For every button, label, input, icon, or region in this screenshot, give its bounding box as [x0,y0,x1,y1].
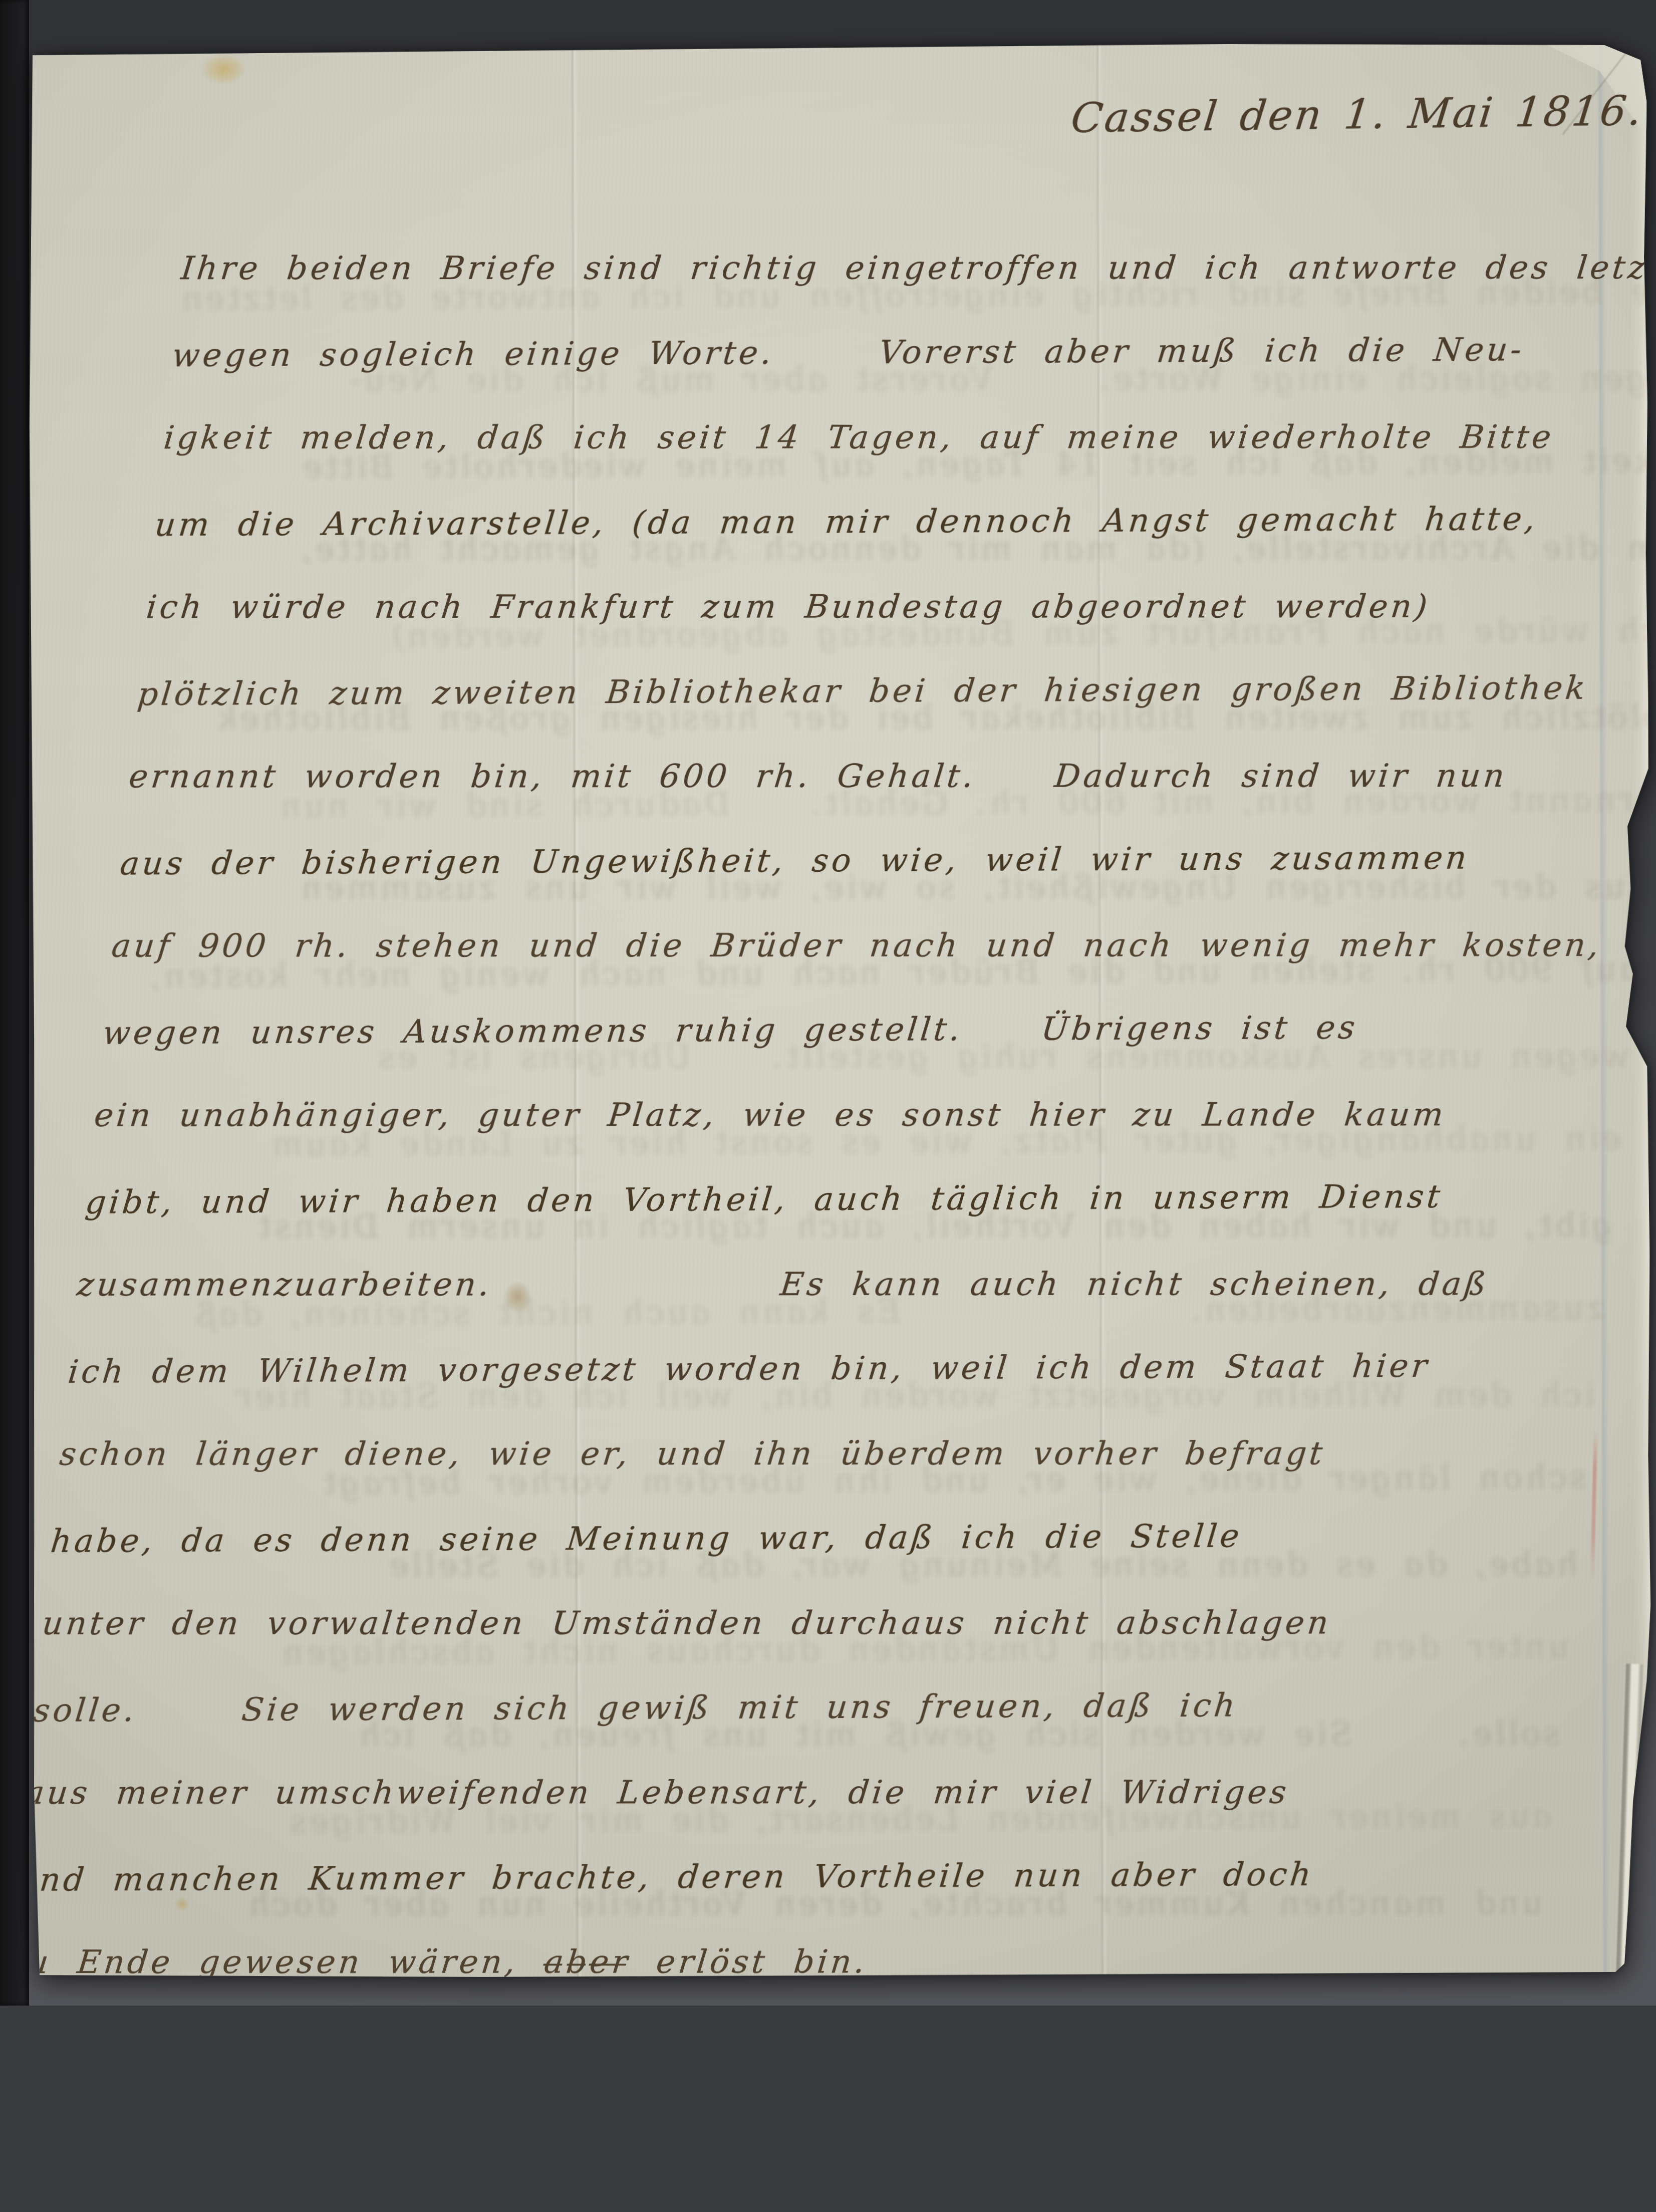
letter-line: solle. Sie werden sich gewiß mit uns fre… [30,1672,1570,1744]
letter-line: ein unabhängiger, guter Platz, wie es so… [91,1082,1630,1149]
letter-line: und manchen Kummer brachte, deren Vorthe… [13,1841,1553,1913]
letter-line: igkeit melden, daß ich seit 14 Tagen, au… [160,405,1656,471]
letter-line: ich dem Wilhelm vorgesetzt worden bin, w… [65,1333,1604,1405]
letter-body: Ihre beiden Briefe sind richtig eingetro… [0,214,1656,2006]
letter-sheet-wrapper: Ihre beiden Briefe sind richtig eingetro… [27,42,1651,1979]
bottom-right-fold [1616,1663,1643,1975]
felt-strip [0,0,29,2006]
letter-line: habe, da es denn seine Meinung war, daß … [48,1502,1587,1574]
letter-sheet: Ihre beiden Briefe sind richtig eingetro… [27,42,1651,1979]
letter-line: ernannt worden bin, mit 600 rh. Gehalt. … [126,744,1656,810]
letter-line: auf 900 rh. stehen und die Brüder nach u… [108,913,1647,979]
letter-line: zusammenzuarbeiten. Es kann auch nicht s… [74,1252,1613,1318]
letter-line: plötzlich zum zweiten Bibliothekar bei d… [134,655,1656,727]
letter-line: ich würde nach Frankfurt zum Bundestag a… [143,574,1656,641]
letter-line: um die Archivarstelle, (da man mir denno… [152,486,1656,558]
stain-top [203,55,245,84]
letter-line: wegen unsres Auskommens ruhig gestellt. … [100,994,1639,1066]
letter-line: aus meiner umschweifenden Lebensart, die… [22,1760,1561,1826]
letter-line: aus der bisherigen Ungewißheit, so wie, … [117,825,1656,897]
letter-line: gibt, und wir haben den Vortheil, auch t… [82,1163,1622,1236]
letter-line: Ihre beiden Briefe sind richtig eingetro… [178,235,1656,302]
letter-line: unter den vorwaltenden Umständen durchau… [39,1590,1578,1657]
date-line: Cassel den 1. Mai 1816. [1068,87,1645,142]
letter-line: wegen sogleich einige Worte. Vorerst abe… [169,317,1656,389]
letter-line: schon länger diene, wie er, und ihn über… [56,1421,1595,1488]
